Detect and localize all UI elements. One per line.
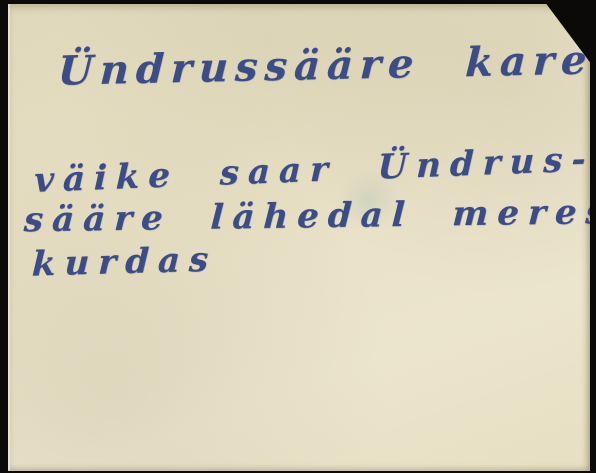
handwritten-title-line: Ündrussääre kare	[57, 36, 595, 94]
index-card: Ündrussääre kare väike saar Ündrus- säär…	[8, 4, 590, 471]
scan-background: Ündrussääre kare väike saar Ündrus- säär…	[0, 0, 596, 473]
handwritten-body-line-1: väike saar Ündrus-	[34, 139, 596, 201]
handwritten-body-line-2: sääre lähedal meres,	[23, 192, 596, 241]
handwritten-body-line-3: kurdas	[31, 240, 218, 285]
